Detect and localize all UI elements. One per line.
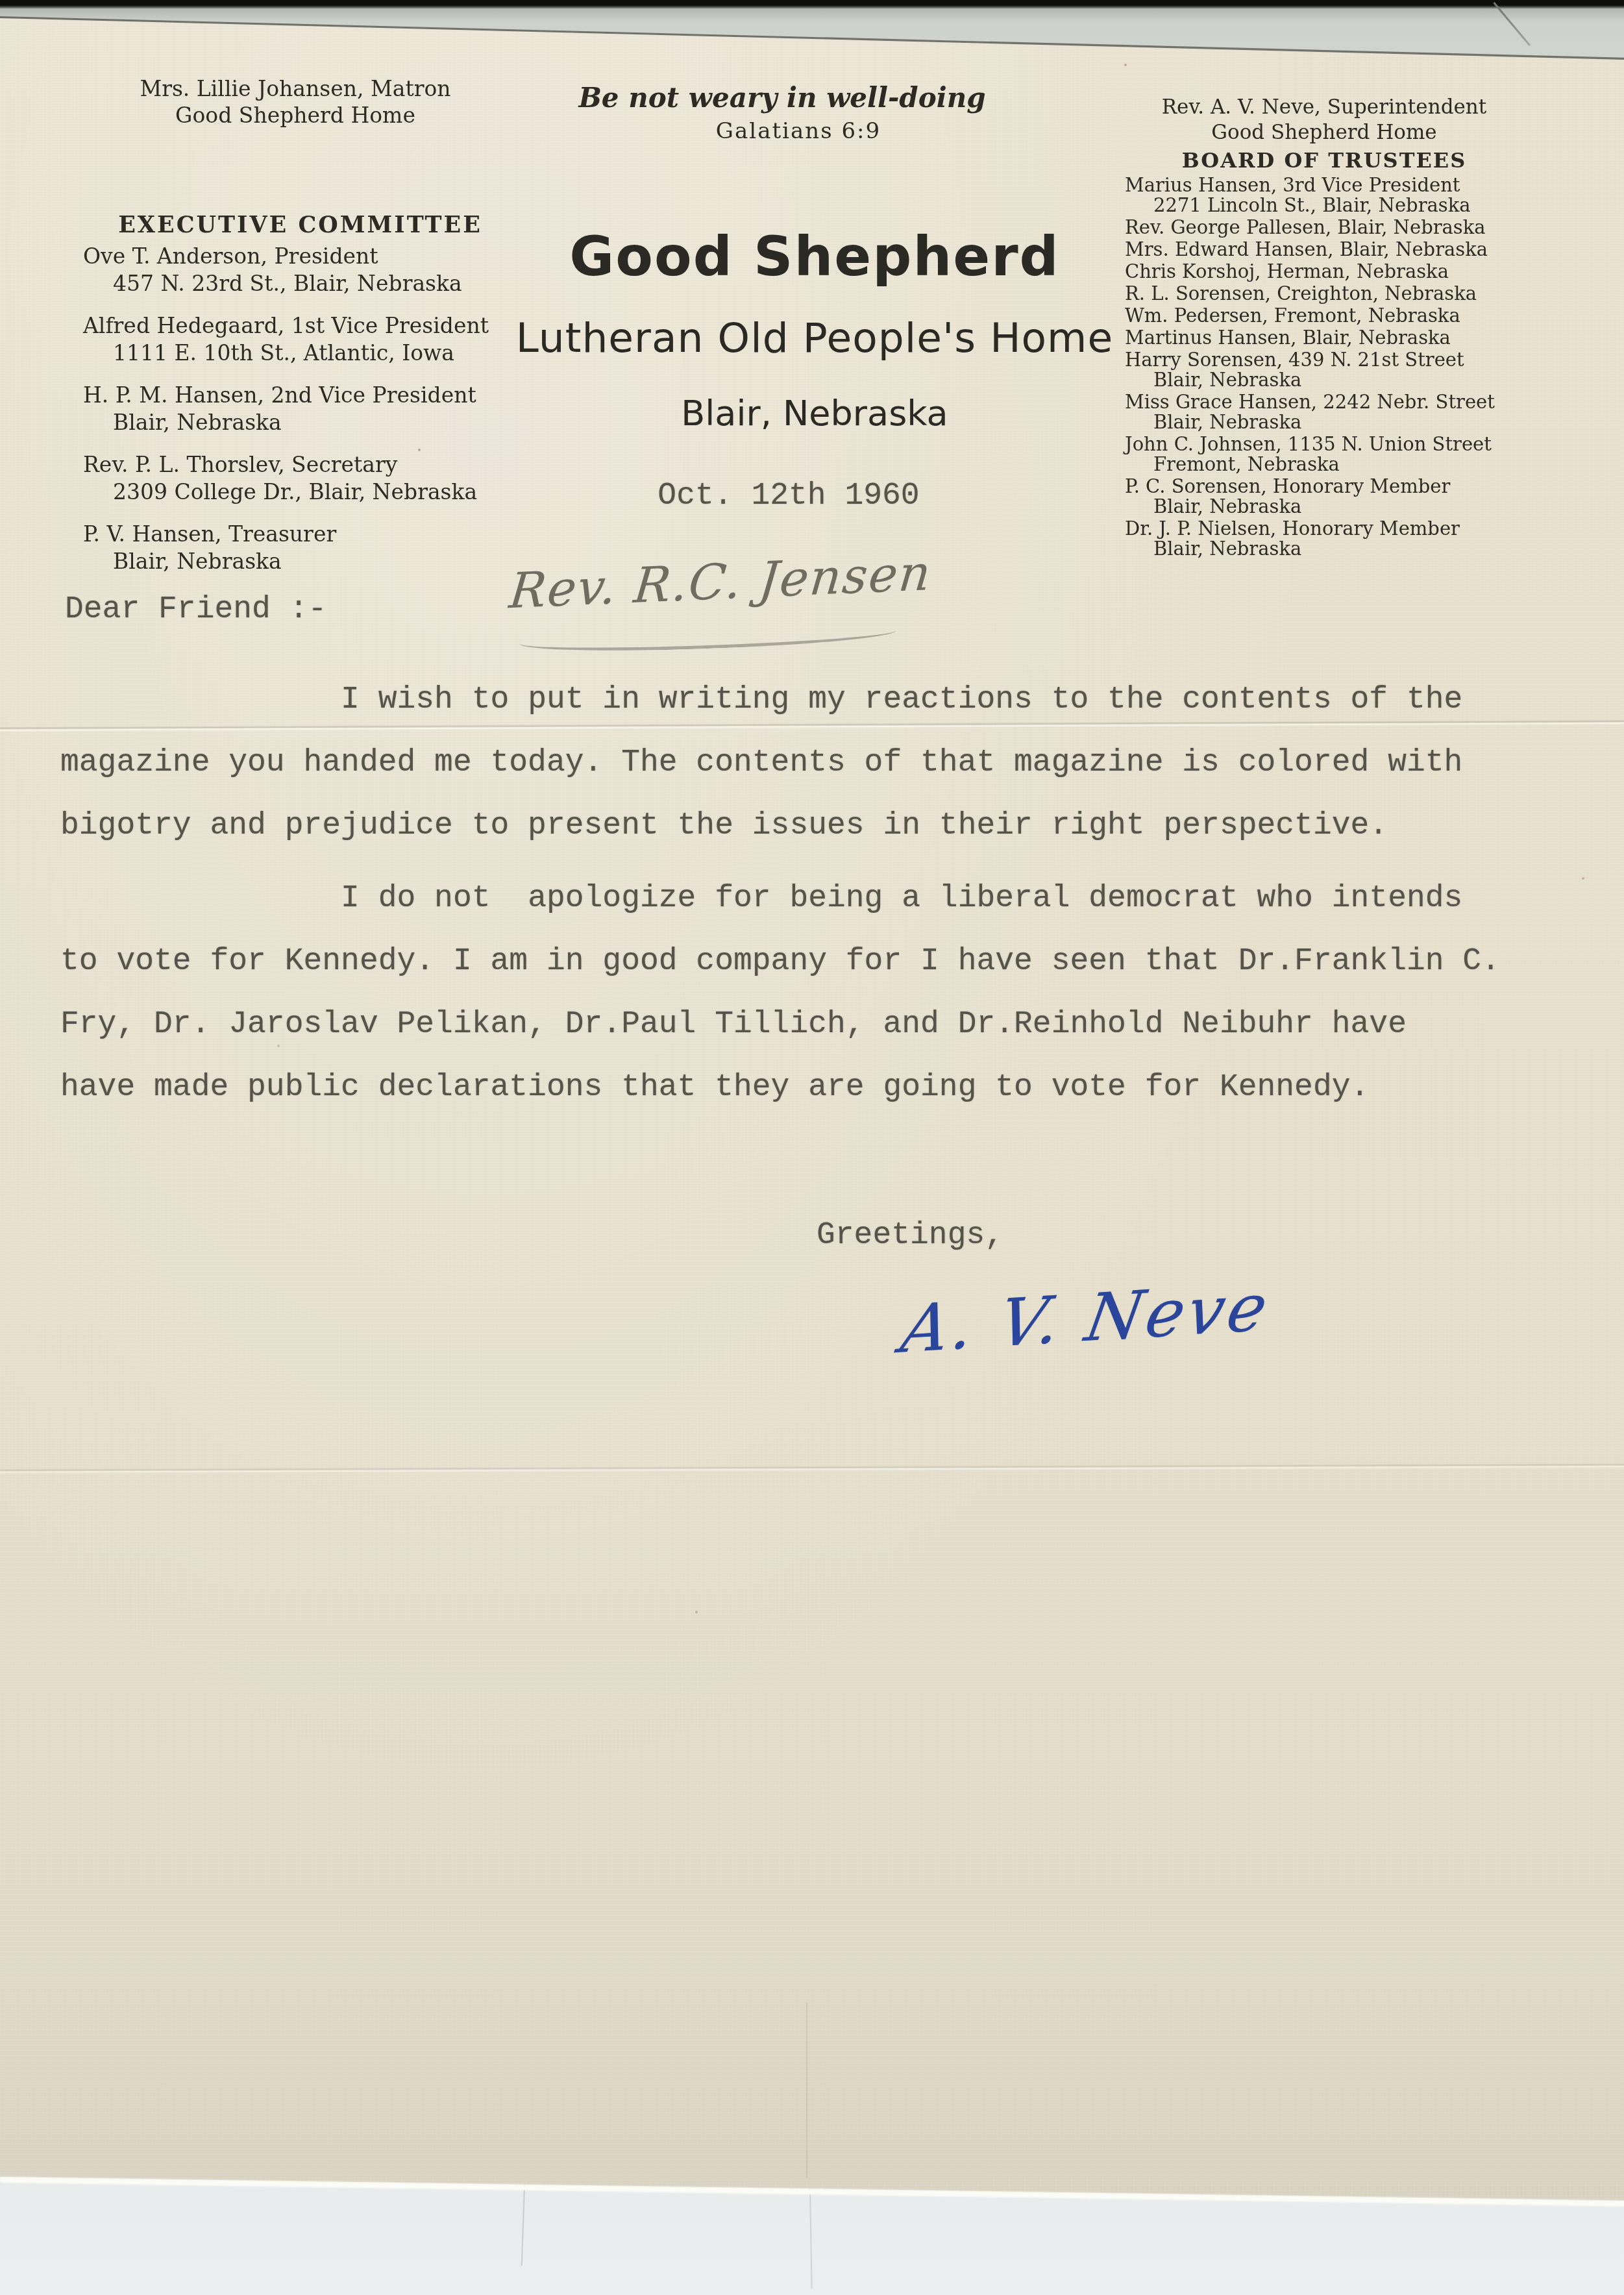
superintendent-note: Rev. A. V. Neve, Superintendent Good She…: [1097, 95, 1551, 145]
committee-member: P. V. Hansen, Treasurer Blair, Nebraska: [83, 521, 537, 575]
trustee-name: Rev. George Pallesen, Blair, Nebraska: [1125, 217, 1599, 238]
trustee: Dr. J. P. Nielsen, Honorary Member Blair…: [1125, 519, 1599, 559]
trustee-name: Dr. J. P. Nielsen, Honorary Member: [1125, 519, 1599, 539]
trustee: Rev. George Pallesen, Blair, Nebraska: [1125, 217, 1599, 238]
trustee-name: Harry Sorensen, 439 N. 21st Street: [1125, 350, 1599, 370]
trustee: John C. Johnsen, 1135 N. Union Street Fr…: [1125, 434, 1599, 475]
member-name: Rev. P. L. Thorslev, Secretary: [83, 451, 537, 478]
trustee-name: P. C. Sorensen, Honorary Member: [1125, 477, 1599, 497]
org-subtitle: Lutheran Old People's Home: [506, 317, 1123, 358]
trustee-address: Blair, Nebraska: [1125, 370, 1599, 390]
superintendent-name: Rev. A. V. Neve, Superintendent: [1097, 95, 1551, 120]
trustee-name: John C. Johnsen, 1135 N. Union Street: [1125, 434, 1599, 454]
member-name: P. V. Hansen, Treasurer: [83, 521, 537, 548]
scripture-reference: Galatians 6:9: [490, 118, 1107, 145]
trustee: Harry Sorensen, 439 N. 21st Street Blair…: [1125, 350, 1599, 390]
trustee-name: R. L. Sorensen, Creighton, Nebraska: [1125, 284, 1599, 304]
fold-crease: [0, 1463, 1624, 1474]
paper-streak: [806, 2003, 807, 2178]
superintendent-org: Good Shepherd Home: [1097, 120, 1551, 145]
org-location: Blair, Nebraska: [506, 396, 1123, 431]
trustee: Wm. Pedersen, Fremont, Nebraska: [1125, 306, 1599, 326]
trustee-name: Mrs. Edward Hansen, Blair, Nebraska: [1125, 240, 1599, 260]
closing: Greetings,: [817, 1218, 1003, 1253]
salutation: Dear Friend :-: [65, 592, 326, 627]
member-name: Alfred Hedegaard, 1st Vice President: [83, 312, 537, 340]
handwritten-underline: [519, 619, 896, 655]
member-name: Ove T. Anderson, President: [83, 243, 537, 270]
member-name: H. P. M. Hansen, 2nd Vice President: [83, 382, 537, 409]
handwritten-recipient: Rev. R.C. Jensen: [507, 544, 935, 620]
trustee-address: 2271 Lincoln St., Blair, Nebraska: [1125, 195, 1599, 216]
trustee: Marius Hansen, 3rd Vice President 2271 L…: [1125, 175, 1599, 216]
body-paragraph-2: I do not apologize for being a liberal d…: [60, 867, 1605, 1119]
trustee-name: Chris Korshoj, Herman, Nebraska: [1125, 262, 1599, 282]
trustee: Miss Grace Hansen, 2242 Nebr. Street Bla…: [1125, 392, 1599, 432]
letter-paper: Mrs. Lillie Johansen, Matron Good Shephe…: [0, 0, 1624, 2295]
member-address: Blair, Nebraska: [83, 409, 537, 436]
trustee-name: Marius Hansen, 3rd Vice President: [1125, 175, 1599, 195]
scripture-motto: Be not weary in well-doing: [474, 82, 1090, 114]
trustee: R. L. Sorensen, Creighton, Nebraska: [1125, 284, 1599, 304]
board-of-trustees-list: Marius Hansen, 3rd Vice President 2271 L…: [1125, 175, 1599, 561]
matron-name: Mrs. Lillie Johansen, Matron: [133, 75, 458, 102]
trustee-name: Martinus Hansen, Blair, Nebraska: [1125, 328, 1599, 348]
signature: A. V. Neve: [896, 1269, 1276, 1368]
letterhead-center: Be not weary in well-doing Galatians 6:9…: [506, 0, 1123, 512]
trustee-address: Fremont, Nebraska: [1125, 454, 1599, 475]
trustee-name: Wm. Pedersen, Fremont, Nebraska: [1125, 306, 1599, 326]
member-address: 1111 E. 10th St., Atlantic, Iowa: [83, 340, 537, 367]
committee-member: H. P. M. Hansen, 2nd Vice President Blai…: [83, 382, 537, 436]
letter-scan: Mrs. Lillie Johansen, Matron Good Shephe…: [0, 0, 1624, 2295]
trustee-address: Blair, Nebraska: [1125, 497, 1599, 517]
body-paragraph-1: I wish to put in writing my reactions to…: [60, 669, 1605, 858]
trustee-address: Blair, Nebraska: [1125, 412, 1599, 432]
committee-member: Rev. P. L. Thorslev, Secretary 2309 Coll…: [83, 451, 537, 506]
committee-member: Ove T. Anderson, President 457 N. 23rd S…: [83, 243, 537, 297]
trustee: Chris Korshoj, Herman, Nebraska: [1125, 262, 1599, 282]
matron-org: Good Shepherd Home: [133, 102, 458, 129]
trustee: Martinus Hansen, Blair, Nebraska: [1125, 328, 1599, 348]
member-address: 2309 College Dr., Blair, Nebraska: [83, 478, 537, 506]
matron-note: Mrs. Lillie Johansen, Matron Good Shephe…: [133, 75, 458, 129]
trustee-address: Blair, Nebraska: [1125, 539, 1599, 559]
board-of-trustees-heading: BOARD OF TRUSTEES: [1097, 148, 1551, 173]
trustee: P. C. Sorensen, Honorary Member Blair, N…: [1125, 477, 1599, 517]
member-address: Blair, Nebraska: [83, 548, 537, 575]
org-title: Good Shepherd: [506, 229, 1123, 284]
member-address: 457 N. 23rd St., Blair, Nebraska: [83, 270, 537, 297]
trustee-name: Miss Grace Hansen, 2242 Nebr. Street: [1125, 392, 1599, 412]
typed-date: Oct. 12th 1960: [480, 480, 1097, 512]
executive-committee-list: Ove T. Anderson, President 457 N. 23rd S…: [83, 243, 537, 590]
executive-committee-heading: EXECUTIVE COMMITTEE: [117, 212, 484, 238]
committee-member: Alfred Hedegaard, 1st Vice President 111…: [83, 312, 537, 367]
trustee: Mrs. Edward Hansen, Blair, Nebraska: [1125, 240, 1599, 260]
